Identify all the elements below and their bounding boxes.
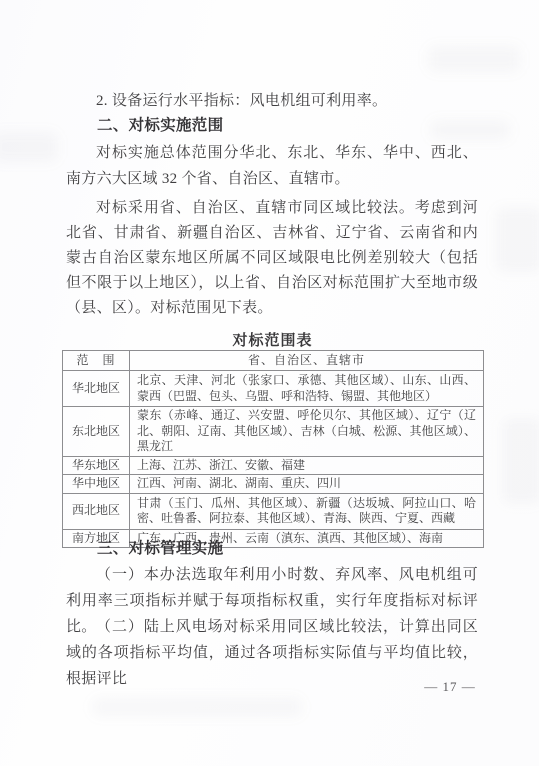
scan-artifact bbox=[0, 132, 58, 162]
table-row: 华东地区 上海、江苏、浙江、安徽、福建 bbox=[63, 456, 484, 475]
table-header-provinces: 省、自治区、直辖市 bbox=[130, 351, 484, 371]
table-cell-provinces: 北京、天津、河北（张家口、承德、其他区域）、山东、山西、蒙西（巴盟、包头、乌盟、… bbox=[130, 371, 484, 407]
table-cell-region: 西北地区 bbox=[63, 493, 130, 529]
section-heading-benchmark-management: 三、对标管理实施 bbox=[66, 536, 478, 562]
table-cell-provinces: 蒙东（赤峰、通辽、兴安盟、呼伦贝尔、其他区域）、辽宁（辽北、朝阳、辽南、其他区域… bbox=[130, 407, 484, 457]
table-row: 东北地区 蒙东（赤峰、通辽、兴安盟、呼伦贝尔、其他区域）、辽宁（辽北、朝阳、辽南… bbox=[63, 407, 484, 457]
table-cell-region: 华中地区 bbox=[63, 475, 130, 494]
scan-artifact bbox=[92, 698, 302, 716]
document-page: 2. 设备运行水平指标：风电机组可利用率。 二、对标实施范围 对标实施总体范围分… bbox=[0, 0, 539, 766]
scan-artifact bbox=[502, 418, 539, 504]
paragraph-onshore-comparison: （二）陆上风电场对标采用同区域比较法，计算出同区域的各项指标平均值，通过各项指标… bbox=[66, 614, 478, 692]
table-header-range: 范 围 bbox=[63, 351, 130, 371]
paragraph-overall-scope: 对标实施总体范围分华北、东北、华东、华中、西北、南方六大区域 32 个省、自治区… bbox=[66, 140, 478, 192]
table-row: 华中地区 江西、河南、湖北、湖南、重庆、四川 bbox=[63, 475, 484, 494]
table-cell-provinces: 上海、江苏、浙江、安徽、福建 bbox=[130, 456, 484, 475]
table-header-row: 范 围 省、自治区、直辖市 bbox=[63, 351, 484, 371]
table-row: 华北地区 北京、天津、河北（张家口、承德、其他区域）、山东、山西、蒙西（巴盟、包… bbox=[63, 371, 484, 407]
table-cell-region: 华北地区 bbox=[63, 371, 130, 407]
page-number: — 17 — bbox=[420, 679, 480, 695]
benchmark-scope-table: 范 围 省、自治区、直辖市 华北地区 北京、天津、河北（张家口、承德、其他区域）… bbox=[62, 350, 484, 548]
list-item-equipment-indicator: 2. 设备运行水平指标：风电机组可利用率。 bbox=[66, 88, 478, 114]
table-cell-provinces: 江西、河南、湖北、湖南、重庆、四川 bbox=[130, 475, 484, 494]
table-cell-region: 东北地区 bbox=[63, 407, 130, 457]
table-title: 对标范围表 bbox=[62, 329, 483, 350]
section-heading-benchmark-scope: 二、对标实施范围 bbox=[66, 113, 478, 139]
scan-artifact bbox=[428, 46, 520, 72]
scan-artifact bbox=[496, 208, 539, 272]
paragraph-comparison-method: 对标采用省、自治区、直辖市同区域比较法。考虑到河北省、甘肃省、新疆自治区、吉林省… bbox=[66, 196, 478, 321]
table-row: 西北地区 甘肃（玉门、瓜州、其他区域）、新疆（达坂城、阿拉山口、哈密、吐鲁番、阿… bbox=[63, 493, 484, 529]
table-cell-provinces: 甘肃（玉门、瓜州、其他区域）、新疆（达坂城、阿拉山口、哈密、吐鲁番、阿拉泰、其他… bbox=[130, 493, 484, 529]
table-cell-region: 华东地区 bbox=[63, 456, 130, 475]
